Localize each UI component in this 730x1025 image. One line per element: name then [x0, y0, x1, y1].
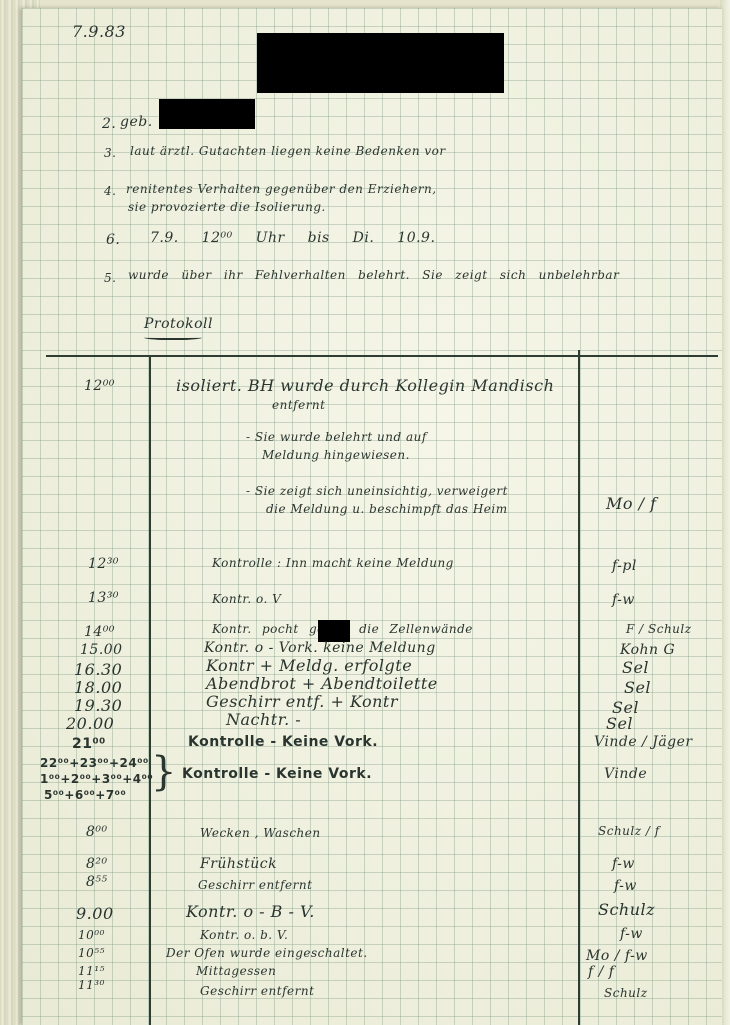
- entry-signature: f-pl: [612, 558, 637, 574]
- entry-text: Kontr. o - Vork. keine Meldung: [204, 640, 436, 656]
- entry-text: Kontr + Meldg. erfolgte: [206, 656, 412, 675]
- entry-text: Kontr. o. b. V.: [200, 928, 288, 942]
- entry-text: Frühstück: [200, 856, 277, 872]
- entry-text: Kontrolle - Keine Vork.: [182, 766, 372, 782]
- entry-signature: Mo / f: [606, 494, 657, 513]
- item-4-text: renitentes Verhalten gegenüber den Erzie…: [126, 182, 437, 196]
- entry-text-2: die Meldung u. beschimpft das Heim: [266, 502, 508, 516]
- entry-signature: Vinde: [604, 766, 647, 782]
- entry-text: Nachtr. -: [226, 710, 301, 729]
- notebook-page: [22, 8, 722, 1025]
- entry-text: Geschirr entfernt: [198, 878, 312, 892]
- entry-signature: Sel: [606, 714, 633, 733]
- entry-time-3: 5⁰⁰+6⁰⁰+7⁰⁰: [44, 788, 126, 802]
- entry-signature: f-w: [614, 878, 637, 894]
- entry-text: Geschirr entfernt: [200, 984, 314, 998]
- redacted-birthdate: [159, 99, 255, 129]
- item-3-text: laut ärztl. Gutachten liegen keine Beden…: [130, 144, 446, 158]
- brace: }: [151, 752, 177, 792]
- entry-signature: F / Schulz: [626, 622, 692, 636]
- entry-signature: Sel: [622, 658, 649, 677]
- section-title-underline: [144, 334, 202, 340]
- entry-time: 16.30: [74, 660, 122, 679]
- entry-signature: Schulz: [604, 986, 648, 1000]
- entry-time: 8⁵⁵: [86, 874, 108, 890]
- entry-time: 11¹⁵: [78, 964, 105, 978]
- item-4-text-2: sie provozierte die Isolierung.: [128, 200, 326, 214]
- entry-text: isoliert. BH wurde durch Kollegin Mandis…: [176, 376, 554, 395]
- entry-signature: f / f: [588, 964, 614, 980]
- entry-time: 22⁰⁰+23⁰⁰+24⁰⁰: [40, 756, 149, 770]
- entry-time: 8⁰⁰: [86, 824, 108, 840]
- entry-text: Geschirr entf. + Kontr: [206, 692, 398, 711]
- entry-time: 15.00: [80, 642, 123, 658]
- entry-text: Kontrolle : Inn macht keine Meldung: [212, 556, 454, 570]
- item-4-num: 4.: [104, 184, 116, 198]
- item-5-num: 5.: [104, 271, 116, 285]
- entry-time: 12⁰⁰: [84, 378, 115, 394]
- entry-time: 10⁰⁰: [78, 928, 105, 942]
- time-column-divider: [149, 356, 151, 1025]
- entry-signature: Schulz / f: [598, 824, 660, 838]
- entry-text: Abendbrot + Abendtoilette: [206, 674, 438, 693]
- entry-text: Der Ofen wurde eingeschaltet.: [166, 946, 368, 960]
- entry-text: Kontr. o. V: [212, 592, 281, 606]
- section-title: Protokoll: [144, 316, 213, 332]
- entry-text: - Sie wurde belehrt und auf: [246, 430, 427, 444]
- entry-signature: f-w: [612, 592, 635, 608]
- entry-time: 9.00: [76, 904, 114, 923]
- entry-signature: Kohn G: [620, 642, 675, 658]
- entry-time: 11³⁰: [78, 978, 105, 992]
- redacted-inline: [318, 620, 350, 642]
- entry-text: Kontr. o - B - V.: [186, 902, 315, 921]
- entry-signature: Vinde / Jäger: [594, 734, 693, 750]
- entry-time: 18.00: [74, 678, 122, 697]
- entry-time-2: 1⁰⁰+2⁰⁰+3⁰⁰+4⁰⁰: [40, 772, 153, 786]
- table-top-rule: [46, 355, 718, 357]
- item-2-text: geb.: [120, 114, 153, 130]
- redacted-name: [257, 33, 504, 93]
- entry-time: 10⁵⁵: [78, 946, 105, 960]
- entry-signature: Mo / f-w: [586, 948, 648, 964]
- entry-signature: f-w: [620, 926, 643, 942]
- entry-time: 14⁰⁰: [84, 624, 115, 640]
- entry-text-2: Meldung hingewiesen.: [262, 448, 410, 462]
- item-6-num: 6.: [106, 232, 120, 248]
- entry-text: Wecken , Waschen: [200, 826, 321, 840]
- entry-time: 8²⁰: [86, 856, 108, 872]
- item-6-text: 7.9. 12⁰⁰ Uhr bis Di. 10.9.: [150, 230, 435, 246]
- entry-text: Mittagessen: [196, 964, 276, 978]
- item-2-num: 2.: [102, 116, 116, 132]
- entry-date: 7.9.83: [72, 22, 126, 41]
- entry-text-2: entfernt: [272, 398, 325, 412]
- entry-time: 20.00: [66, 714, 114, 733]
- sign-column-divider: [578, 350, 580, 1025]
- entry-signature: f-w: [612, 856, 635, 872]
- entry-text: Kontrolle - Keine Vork.: [188, 734, 378, 750]
- item-3-num: 3.: [104, 146, 116, 160]
- entry-time: 12³⁰: [88, 556, 119, 572]
- entry-signature: Sel: [624, 678, 651, 697]
- entry-time: 21⁰⁰: [72, 736, 106, 752]
- entry-time: 19.30: [74, 696, 122, 715]
- item-5-text: wurde über ihr Fehlverhalten belehrt. Si…: [128, 268, 619, 282]
- entry-text: - Sie zeigt sich uneinsichtig, verweiger…: [246, 484, 508, 498]
- entry-time: 13³⁰: [88, 590, 119, 606]
- entry-signature: Schulz: [598, 900, 655, 919]
